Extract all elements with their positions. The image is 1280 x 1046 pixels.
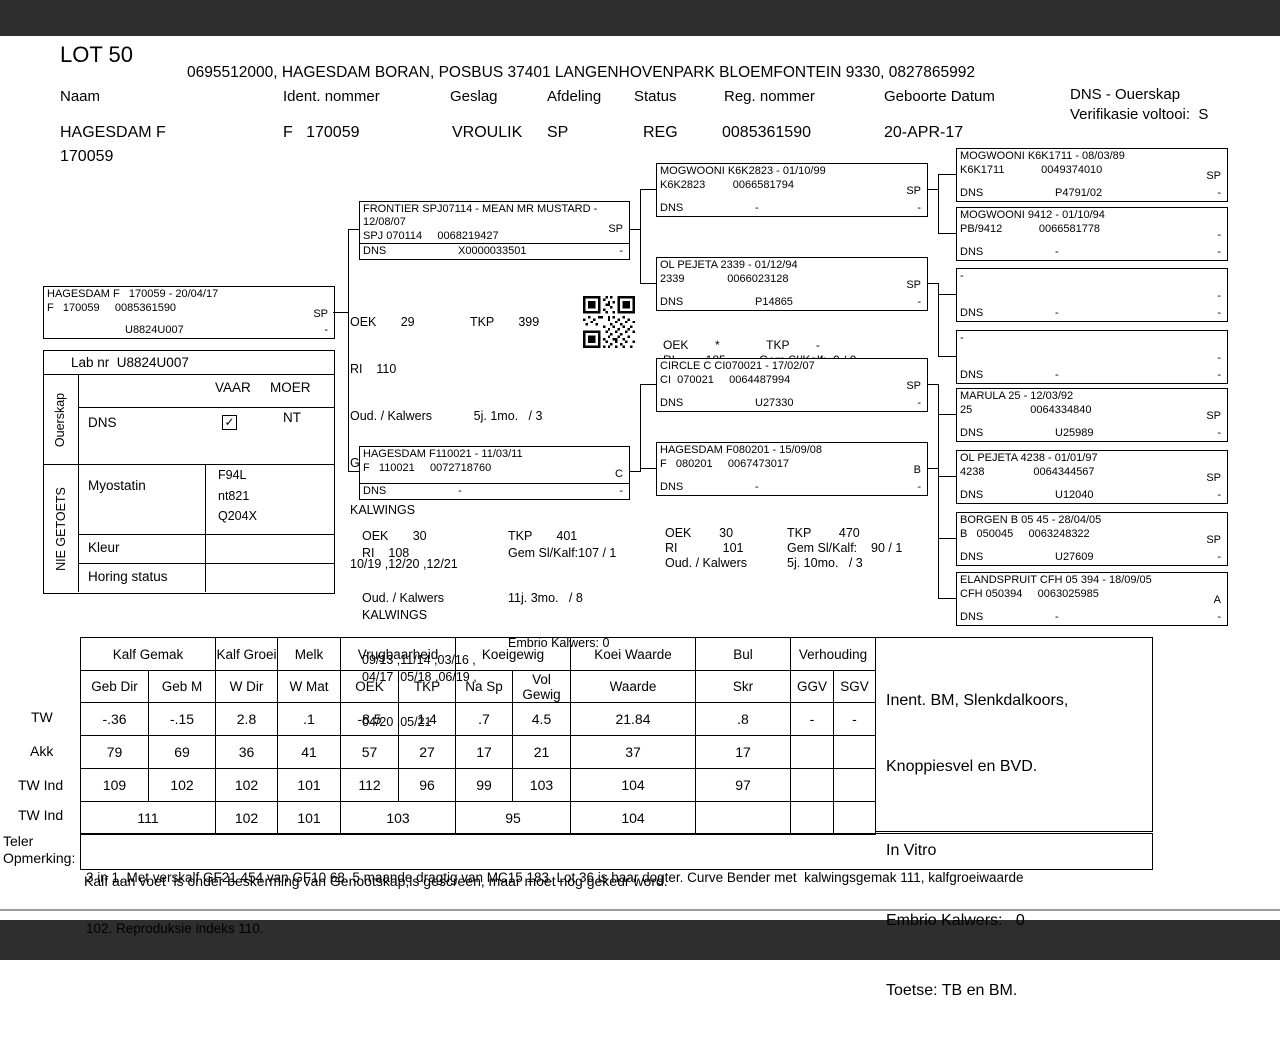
- ggp-name: -: [957, 269, 1227, 283]
- ggp-dash: -: [1217, 246, 1221, 259]
- ggp-dns: U27609: [1055, 551, 1094, 564]
- ggp-status: SP: [1206, 410, 1221, 423]
- ebv-cell: -.15: [149, 703, 216, 736]
- gp-name: HAGESDAM F080201 - 15/09/08: [657, 443, 927, 457]
- ebv-cell: 69: [149, 736, 216, 769]
- ggp-id: 4238 0064344567: [957, 465, 1227, 479]
- info-line: Inent. BM, Slenkdalkoors,: [886, 690, 1142, 712]
- ebv-cell: 17: [456, 736, 513, 769]
- ebv-cell: 36: [216, 736, 278, 769]
- ebv-header: Vol Gewig: [513, 671, 571, 703]
- ggp-name: MARULA 25 - 12/03/92: [957, 389, 1227, 403]
- field-value-status: REG: [643, 124, 678, 142]
- ggp-dns: P4791/02: [1055, 187, 1102, 200]
- field-value-reg: 0085361590: [722, 124, 811, 142]
- lab-dns-label: DNS: [88, 415, 117, 430]
- pedigree-box-gp-sire-dam: OL PEJETA 2339 - 01/12/94 2339 006602312…: [656, 257, 928, 311]
- pedigree-box-gp-dam-sire: CIRCLE C CI070021 - 17/02/07 CI 070021 0…: [656, 358, 928, 412]
- ebv-cell: 2.8: [216, 703, 278, 736]
- catalog-page: LOT 50 0695512000, HAGESDAM BORAN, POSBU…: [0, 0, 1280, 960]
- lab-line: [78, 534, 334, 535]
- ebv-cell: [791, 736, 834, 769]
- pedigree-box-ggp-8: ELANDSPRUIT CFH 05 394 - 18/09/05 CFH 05…: [956, 572, 1228, 626]
- dam-dash: -: [619, 485, 623, 498]
- ebv-cell: [791, 802, 834, 835]
- teler-label: Teler: [3, 833, 33, 849]
- pedigree-line: [640, 384, 656, 385]
- pedigree-line: [938, 174, 956, 175]
- ggp-status: A: [1214, 594, 1221, 607]
- row-label-tw: TW: [31, 709, 53, 725]
- dns-vaar-checkbox: ✓: [222, 415, 237, 430]
- pedigree-line: [640, 283, 656, 284]
- ebv-cell: [791, 769, 834, 802]
- gp-dash: -: [917, 397, 921, 410]
- ebv-cell: 1.4: [399, 703, 456, 736]
- ggp-name: BORGEN B 05 45 - 28/04/05: [957, 513, 1227, 527]
- pedigree-box-gp-sire-sire: MOGWOONI K6K2823 - 01/10/99 K6K2823 0066…: [656, 163, 928, 217]
- ggp-dns: -: [1055, 307, 1059, 320]
- pedigree-box-gp-dam-dam: HAGESDAM F080201 - 15/09/08 F 080201 006…: [656, 442, 928, 496]
- field-label-ident: Ident. nommer: [283, 88, 380, 105]
- ebv-group: Koeigewig: [456, 638, 571, 671]
- health-info-panel: Inent. BM, Slenkdalkoors, Knoppiesvel en…: [875, 637, 1153, 832]
- opmerking-label: Opmerking:: [3, 850, 75, 866]
- field-value-geslag: VROULIK: [452, 124, 522, 142]
- field-label-dns-ouerskap: DNS - Ouerskap: [1070, 86, 1180, 103]
- lot-number: LOT 50: [60, 42, 133, 68]
- field-label-afdeling: Afdeling: [547, 88, 601, 105]
- ggp-dash: -: [1217, 369, 1221, 382]
- ebv-cell: 99: [456, 769, 513, 802]
- ggp-name: MOGWOONI K6K1711 - 08/03/89: [957, 149, 1227, 163]
- ebv-group: Kalf Gemak: [81, 638, 216, 671]
- ebv-group: Bul: [696, 638, 791, 671]
- ebv-cell: 96: [399, 769, 456, 802]
- field-label-geslag: Geslag: [450, 88, 498, 105]
- qr-code: [583, 296, 635, 348]
- ebv-header: TKP: [399, 671, 456, 703]
- lab-col-vaar: VAAR: [215, 380, 251, 395]
- ebv-cell: 95: [456, 802, 571, 835]
- field-label-reg: Reg. nommer: [724, 88, 815, 105]
- dam-name: HAGESDAM F110021 - 11/03/11: [360, 447, 629, 461]
- field-value-geboorte: 20-APR-17: [884, 124, 963, 142]
- lab-line: [78, 407, 334, 408]
- pedigree-line: [938, 414, 956, 415]
- sire-dash: -: [619, 245, 623, 258]
- remarks-line: 102. Reproduksie indeks 110.: [86, 920, 1147, 937]
- field-value-naam2: 170059: [60, 148, 113, 166]
- lab-line: [78, 563, 334, 564]
- ggp-status: -: [1217, 229, 1221, 242]
- dam-id: F 110021 0072718760: [360, 461, 629, 475]
- pedigree-box-ggp-2: MOGWOONI 9412 - 01/10/94 PB/9412 0066581…: [956, 207, 1228, 261]
- ebv-cell: .7: [456, 703, 513, 736]
- ggp-dash: -: [1217, 187, 1221, 200]
- pedigree-line: [348, 229, 359, 230]
- ggp-id: K6K1711 0049374010: [957, 163, 1227, 177]
- gp-id: K6K2823 0066581794: [657, 178, 927, 192]
- gp-dns: U27330: [755, 397, 794, 410]
- field-label-naam: Naam: [60, 88, 100, 105]
- pedigree-box-ggp-3: - - DNS- -: [956, 268, 1228, 322]
- ebv-cell: 102: [216, 769, 278, 802]
- ggp-dash: -: [1217, 307, 1221, 320]
- pedigree-line: [938, 356, 956, 357]
- ebv-header: SGV: [834, 671, 876, 703]
- pedigree-line: [333, 312, 348, 313]
- pedigree-box-ggp-4: - - DNS- -: [956, 330, 1228, 384]
- ebv-cell: .1: [278, 703, 341, 736]
- ebv-group: Verhouding: [791, 638, 876, 671]
- ggp-name: OL PEJETA 4238 - 01/01/97: [957, 451, 1227, 465]
- ebv-group: Kalf Groei: [216, 638, 278, 671]
- field-label-geboorte: Geboorte Datum: [884, 88, 995, 105]
- gp-dam-dam-stats-left: OEK 30RI 101Oud. / Kalwers: [665, 498, 747, 599]
- ebv-cell: -8.5: [341, 703, 399, 736]
- animal-id: F 170059 0085361590: [44, 301, 334, 315]
- ebv-cell: 101: [278, 802, 341, 835]
- sire-id: SPJ 070114 0068219427: [360, 229, 629, 243]
- ebv-header: Na Sp: [456, 671, 513, 703]
- ebv-cell: 104: [571, 769, 696, 802]
- ebv-cell: 102: [149, 769, 216, 802]
- ebv-header: W Mat: [278, 671, 341, 703]
- ebv-cell: 97: [696, 769, 791, 802]
- pedigree-line: [938, 384, 939, 476]
- gp-status: SP: [906, 279, 921, 292]
- ebv-group: Melk: [278, 638, 341, 671]
- animal-name: HAGESDAM F 170059 - 20/04/17: [44, 287, 334, 301]
- ebv-cell: 41: [278, 736, 341, 769]
- gp-dns: -: [755, 481, 759, 494]
- pedigree-line: [640, 468, 656, 469]
- ggp-status: -: [1217, 352, 1221, 365]
- dam-dns: -: [458, 485, 462, 498]
- ggp-id: 25 0064334840: [957, 403, 1227, 417]
- pedigree-line: [938, 233, 956, 234]
- ebv-cell: 104: [571, 802, 696, 835]
- ggp-dash: -: [1217, 611, 1221, 624]
- pedigree-box-ggp-7: BORGEN B 05 45 - 28/04/05 B 050045 00632…: [956, 512, 1228, 566]
- gp-status: SP: [906, 185, 921, 198]
- pedigree-box-animal: HAGESDAM F 170059 - 20/04/17 F 170059 00…: [43, 286, 335, 339]
- gp-status: B: [914, 464, 921, 477]
- ebv-table: Kalf Gemak Kalf Groei Melk Vrugbaarheid …: [80, 637, 876, 835]
- kleur-label: Kleur: [88, 540, 120, 555]
- gp-dam-dam-stats-right: TKP 470Gem Sl/Kalf: 90 / 15j. 10mo. / 3: [787, 498, 902, 599]
- gp-status: SP: [906, 380, 921, 393]
- ebv-cell: 112: [341, 769, 399, 802]
- ebv-cell: [834, 736, 876, 769]
- myostatin-value: Q204X: [218, 509, 257, 523]
- pedigree-box-ggp-1: MOGWOONI K6K1711 - 08/03/89 K6K1711 0049…: [956, 148, 1228, 202]
- ggp-dns: U25989: [1055, 427, 1094, 440]
- ebv-header: Waarde: [571, 671, 696, 703]
- ggp-id: PB/9412 0066581778: [957, 222, 1227, 236]
- ebv-cell: 21: [513, 736, 571, 769]
- pedigree-line: [640, 189, 656, 190]
- ebv-cell: -.36: [81, 703, 149, 736]
- ebv-cell: -: [834, 703, 876, 736]
- ebv-cell: .8: [696, 703, 791, 736]
- pedigree-line: [938, 598, 956, 599]
- pedigree-box-ggp-5: MARULA 25 - 12/03/92 25 0064334840 SP DN…: [956, 388, 1228, 442]
- ebv-cell: 27: [399, 736, 456, 769]
- field-value-afdeling: SP: [547, 124, 568, 142]
- ebv-cell: [696, 802, 791, 835]
- animal-dash: -: [324, 324, 328, 337]
- ggp-status: -: [1217, 290, 1221, 303]
- gp-id: 2339 0066023128: [657, 272, 927, 286]
- lab-line: [43, 464, 334, 465]
- footer-note: Kalf aan voet is onder beskerming van Ge…: [84, 873, 668, 889]
- pedigree-line: [938, 174, 939, 234]
- lab-section-ouerskap: Ouerskap: [43, 375, 78, 464]
- sire-dns: X0000033501: [458, 245, 527, 258]
- ggp-dash: -: [1217, 489, 1221, 502]
- gp-dash: -: [917, 296, 921, 309]
- ebv-cell: 79: [81, 736, 149, 769]
- ebv-header: Geb M: [149, 671, 216, 703]
- ggp-id: B 050045 0063248322: [957, 527, 1227, 541]
- ebv-header: W Dir: [216, 671, 278, 703]
- ebv-cell: 37: [571, 736, 696, 769]
- ebv-cell: 102: [216, 802, 278, 835]
- ebv-group: Vrugbaarheid: [341, 638, 456, 671]
- gp-id: CI 070021 0064487994: [657, 373, 927, 387]
- ggp-dns: U12040: [1055, 489, 1094, 502]
- ggp-name: ELANDSPRUIT CFH 05 394 - 18/09/05: [957, 573, 1227, 587]
- top-bar: [0, 0, 1280, 36]
- field-value-naam: HAGESDAM F: [60, 124, 166, 142]
- gp-name: MOGWOONI K6K2823 - 01/10/99: [657, 164, 927, 178]
- ebv-cell: 103: [341, 802, 456, 835]
- info-line: Knoppiesvel en BVD.: [886, 756, 1142, 778]
- ggp-dash: -: [1217, 427, 1221, 440]
- ggp-status: SP: [1206, 472, 1221, 485]
- field-value-ident: F 170059: [283, 124, 360, 142]
- ebv-cell: 57: [341, 736, 399, 769]
- field-label-verifikasie: Verifikasie voltooi: S: [1070, 106, 1208, 123]
- ebv-header: Skr: [696, 671, 791, 703]
- animal-status: SP: [313, 308, 328, 321]
- row-label-akk: Akk: [30, 743, 53, 759]
- myostatin-value: nt821: [218, 489, 249, 503]
- contact-line: 0695512000, HAGESDAM BORAN, POSBUS 37401…: [187, 64, 975, 82]
- gp-id: F 080201 0067473017: [657, 457, 927, 471]
- lab-col-moer: MOER: [270, 380, 311, 395]
- pedigree-line: [938, 476, 956, 477]
- lab-line: [43, 374, 334, 375]
- ebv-group: Koei Waarde: [571, 638, 696, 671]
- ebv-header: Geb Dir: [81, 671, 149, 703]
- gp-dns: P14865: [755, 296, 793, 309]
- pedigree-line: [938, 538, 956, 539]
- pedigree-line: [938, 294, 956, 295]
- row-label-twind1: TW Ind: [18, 777, 63, 793]
- ebv-cell: 4.5: [513, 703, 571, 736]
- ebv-cell: [834, 769, 876, 802]
- myostatin-value: F94L: [218, 468, 247, 482]
- ebv-cell: 17: [696, 736, 791, 769]
- lab-line: [205, 464, 206, 592]
- gp-name: CIRCLE C CI070021 - 17/02/07: [657, 359, 927, 373]
- pedigree-box-dam: HAGESDAM F110021 - 11/03/11 F 110021 007…: [359, 446, 630, 500]
- sire-name: FRONTIER SPJ07114 - MEAN MR MUSTARD - 12…: [360, 202, 629, 229]
- pedigree-line: [938, 468, 939, 598]
- ggp-status: SP: [1206, 534, 1221, 547]
- ebv-cell: 21.84: [571, 703, 696, 736]
- dam-status: C: [615, 468, 623, 481]
- gp-dash: -: [917, 481, 921, 494]
- sire-status: SP: [608, 223, 623, 236]
- lab-nr-title: Lab nr U8824U007: [71, 355, 189, 370]
- row-label-twind2: TW Ind: [18, 807, 63, 823]
- myostatin-label: Myostatin: [88, 478, 146, 493]
- ebv-cell: 111: [81, 802, 216, 835]
- pedigree-line: [348, 229, 349, 472]
- pedigree-line: [640, 384, 641, 472]
- horing-status-label: Horing status: [88, 569, 168, 584]
- ggp-dns: -: [1055, 369, 1059, 382]
- gp-name: OL PEJETA 2339 - 01/12/94: [657, 258, 927, 272]
- ggp-id: CFH 050394 0063025985: [957, 587, 1227, 601]
- field-label-status: Status: [634, 88, 677, 105]
- animal-lab-nr: U8824U007: [125, 324, 184, 337]
- pedigree-box-sire: FRONTIER SPJ07114 - MEAN MR MUSTARD - 12…: [359, 201, 630, 260]
- dns-moer-nt: NT: [283, 410, 301, 425]
- ebv-cell: 103: [513, 769, 571, 802]
- ggp-status: SP: [1206, 170, 1221, 183]
- ggp-name: MOGWOONI 9412 - 01/10/94: [957, 208, 1227, 222]
- ebv-cell: -: [791, 703, 834, 736]
- remarks-box: 3 in 1. Met verskalf GF21 454 van GF10 6…: [80, 833, 1153, 870]
- ebv-cell: [834, 802, 876, 835]
- ebv-header: GGV: [791, 671, 834, 703]
- ggp-dash: -: [1217, 551, 1221, 564]
- gp-dns: -: [755, 202, 759, 215]
- lab-section-nie-getoets: NIE GETOETS: [43, 465, 78, 592]
- ebv-cell: 109: [81, 769, 149, 802]
- ggp-dns: -: [1055, 246, 1059, 259]
- pedigree-line: [640, 189, 641, 284]
- ggp-name: -: [957, 331, 1227, 345]
- gp-dash: -: [917, 202, 921, 215]
- ebv-header: OEK: [341, 671, 399, 703]
- ggp-dns: -: [1055, 611, 1059, 624]
- ebv-cell: 101: [278, 769, 341, 802]
- pedigree-box-ggp-6: OL PEJETA 4238 - 01/01/97 4238 006434456…: [956, 450, 1228, 504]
